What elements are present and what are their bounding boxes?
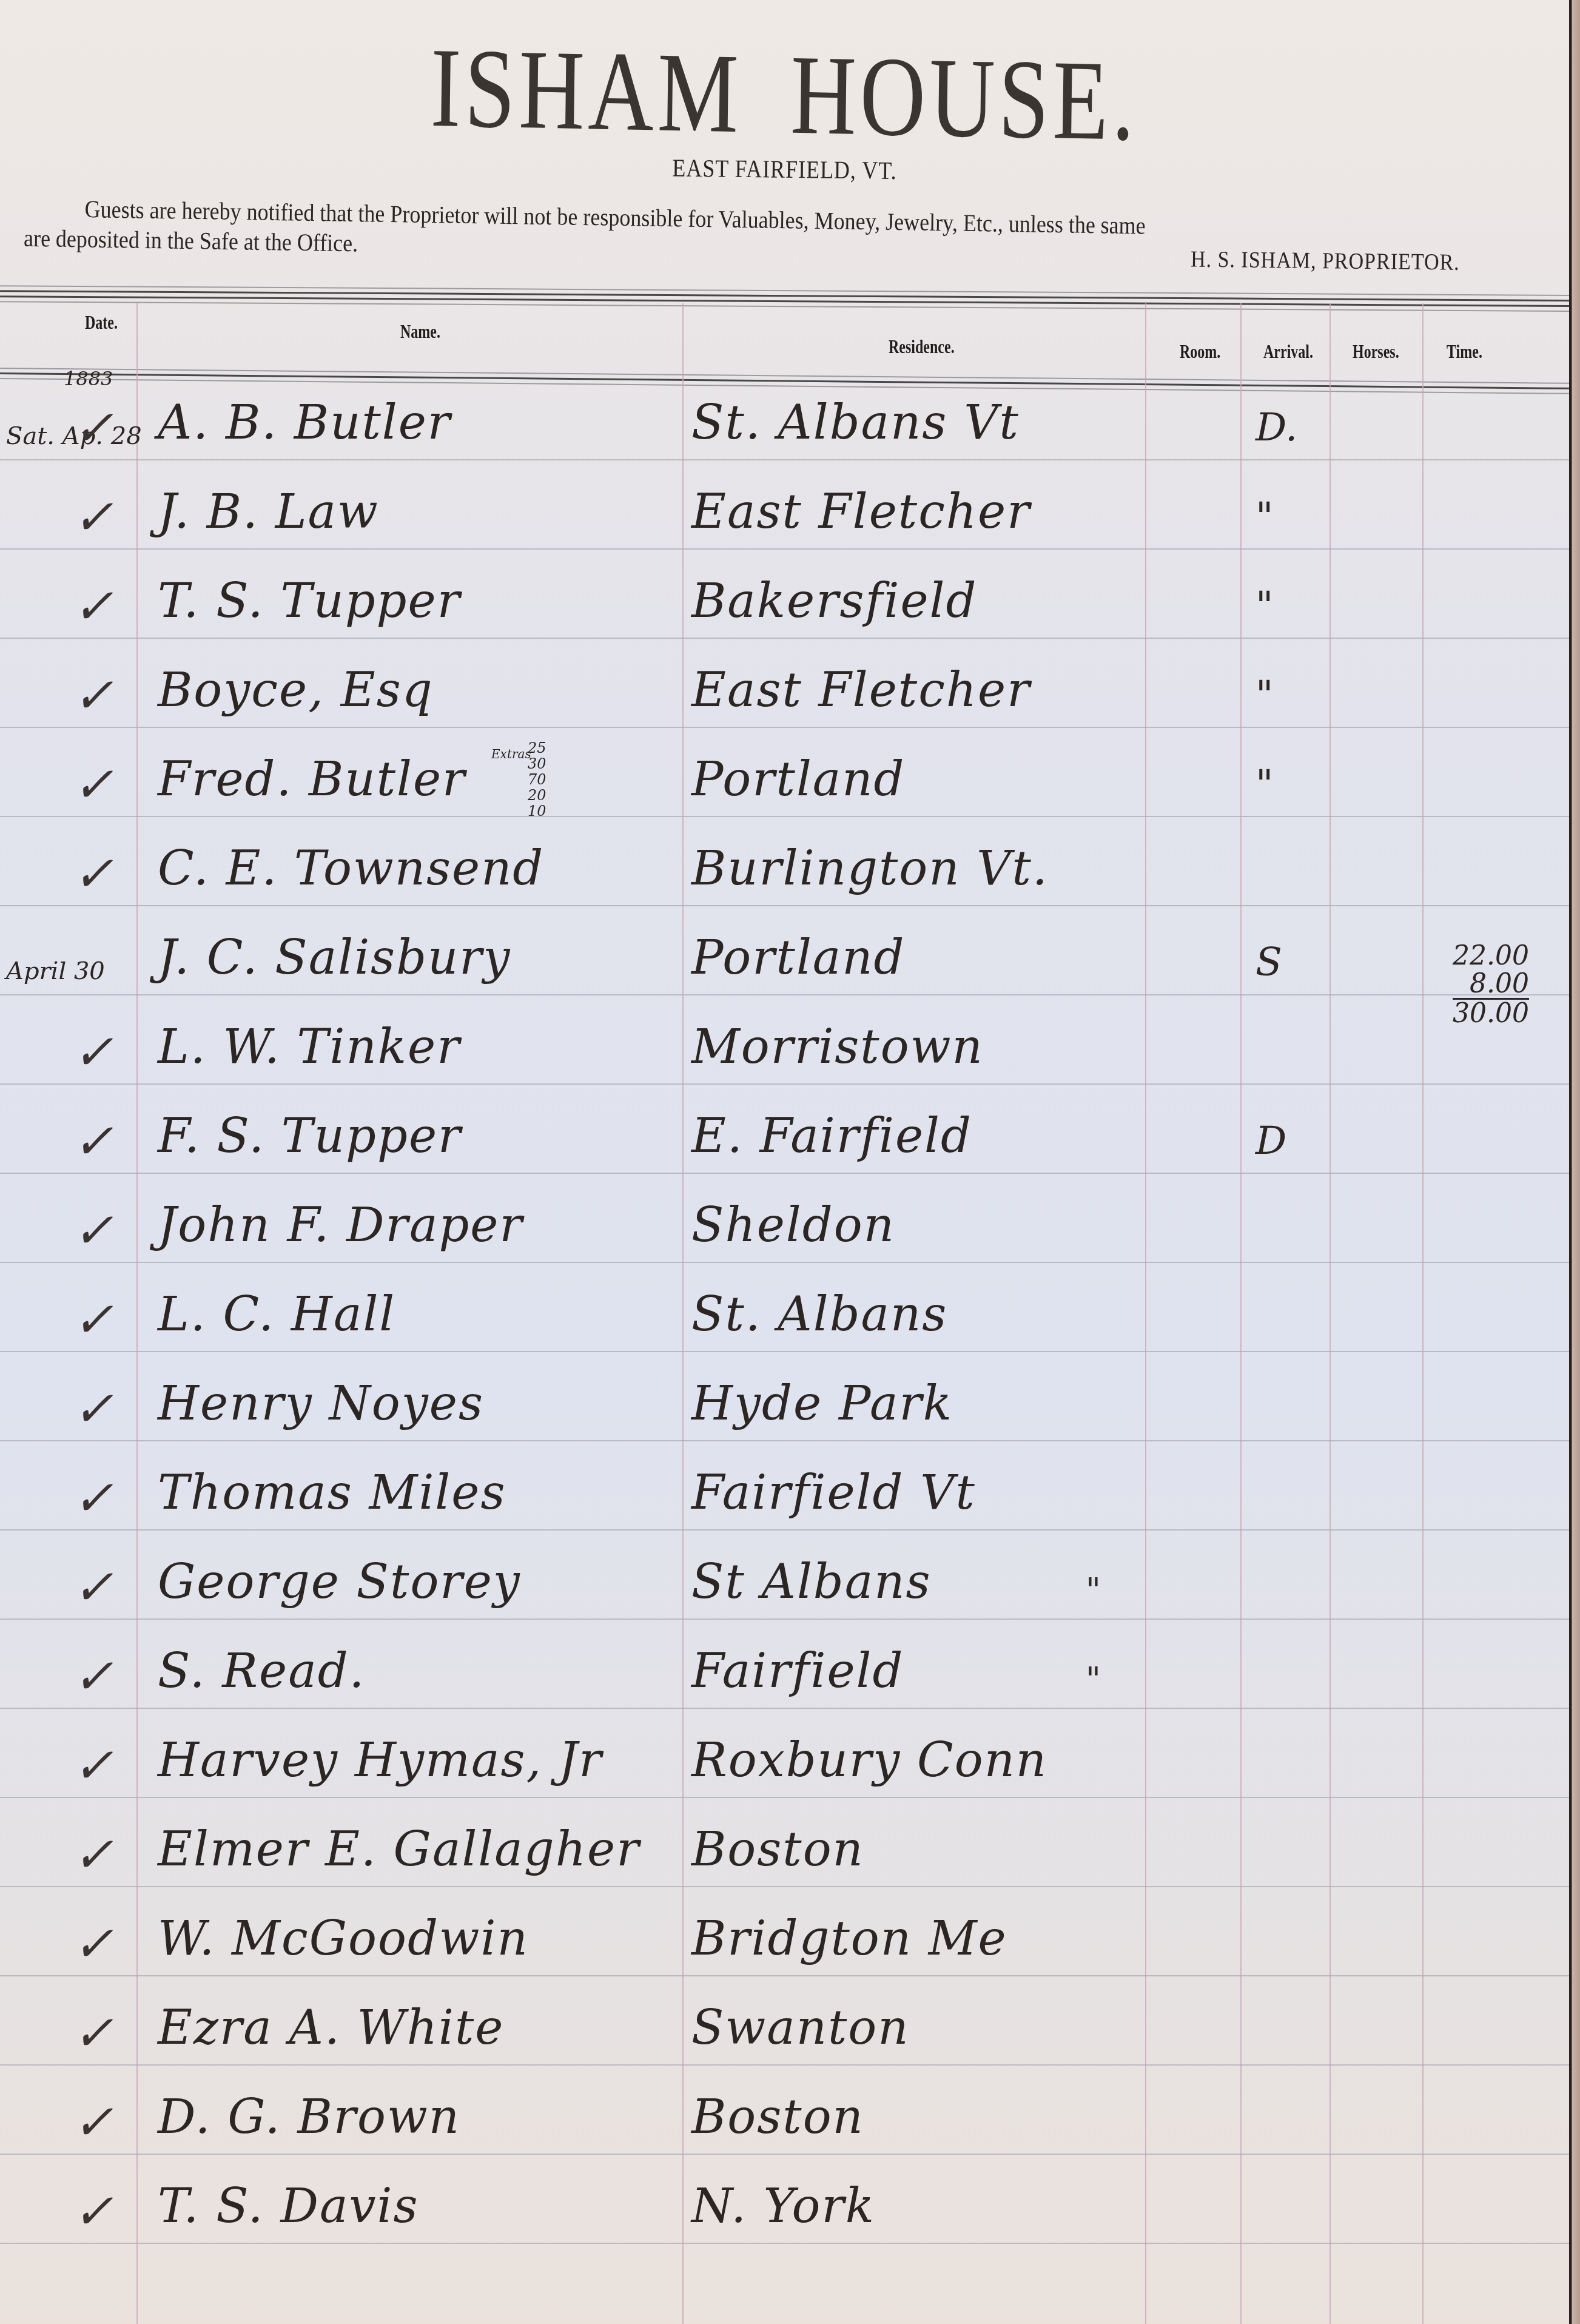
register-entry-row: Sat. Ap. 28✓A. B. ButlerSt. Albans VtD. (0, 371, 1569, 456)
book-binding-edge (1569, 0, 1580, 2324)
guest-residence: East Fletcher (691, 663, 1031, 718)
register-entry-row: ✓D. G. BrownBoston (0, 2066, 1569, 2151)
guest-residence: Swanton (691, 2001, 909, 2055)
checkmark-icon: ✓ (73, 578, 113, 635)
column-header-residence: Residence. (889, 337, 955, 359)
arrival-mark: " (1256, 673, 1273, 718)
checkmark-icon: ✓ (73, 1916, 113, 1972)
guest-residence: Sheldon (691, 1198, 895, 1253)
ditto-mark: " (1086, 1660, 1101, 1699)
column-header-room: Room. (1180, 342, 1220, 363)
guest-name: T. S. Tupper (158, 574, 461, 628)
charge-amount: 22.00 (1453, 942, 1529, 970)
register-entry-row: ✓Fred. ButlerPortland" (0, 728, 1569, 813)
guest-name: S. Read. (158, 1644, 365, 1699)
column-header-name: Name. (400, 322, 440, 343)
register-entry-row: ✓T. S. TupperBakersfield" (0, 550, 1569, 635)
ditto-mark: " (1086, 1571, 1101, 1609)
guest-residence: Portland (691, 752, 906, 807)
guest-residence: Burlington Vt. (691, 841, 1049, 896)
guest-residence: Bridgton Me (691, 1911, 1007, 1966)
guest-residence: Hyde Park (691, 1376, 953, 1431)
guest-residence: Fairfield Vt (691, 1466, 976, 1520)
register-entry-row: ✓T. S. DavisN. York (0, 2155, 1569, 2240)
guest-residence: Morristown (691, 1020, 984, 1074)
checkmark-icon: ✓ (73, 2183, 113, 2240)
guest-name: W. McGoodwin (158, 1911, 529, 1966)
guest-name: F. S. Tupper (158, 1109, 462, 1164)
guest-residence: N. York (691, 2179, 875, 2234)
column-header-horses: Horses. (1353, 342, 1399, 363)
guest-residence: East Fletcher (691, 485, 1031, 539)
guest-residence: Bakersfield (691, 574, 977, 628)
register-entry-row: ✓C. E. TownsendBurlington Vt. (0, 817, 1569, 902)
register-entry-row: ✓Harvey Hymas, JrRoxbury Conn (0, 1709, 1569, 1794)
guest-name: George Storey (158, 1555, 521, 1609)
title-word-house: HOUSE. (790, 32, 1139, 164)
guest-residence: Roxbury Conn (691, 1733, 1047, 1788)
checkmark-icon: ✓ (73, 1024, 113, 1080)
register-entry-row: ✓F. S. TupperE. FairfieldD (0, 1085, 1569, 1170)
guest-residence: Fairfield (691, 1644, 904, 1699)
checkmark-icon: ✓ (73, 1648, 113, 1705)
guest-name: L. W. Tinker (158, 1020, 460, 1074)
arrival-mark: " (1256, 494, 1273, 539)
register-entry-row: ✓J. B. LawEast Fletcher" (0, 460, 1569, 545)
guest-name: Elmer E. Gallagher (158, 1822, 640, 1877)
register-header: ISHAMHOUSE. EAST FAIRFIELD, VT. Guests a… (0, 0, 1569, 285)
guest-name: Thomas Miles (158, 1466, 506, 1520)
arrival-mark: " (1256, 762, 1273, 807)
header-top-rule (0, 285, 1569, 315)
guest-name: Ezra A. White (158, 2001, 504, 2055)
register-entry-row: ✓John F. DraperSheldon (0, 1174, 1569, 1259)
guest-residence: Boston (691, 1822, 864, 1877)
checkmark-icon: ✓ (73, 1292, 113, 1348)
register-entry-row: ✓W. McGoodwinBridgton Me (0, 1887, 1569, 1972)
guest-name: J. B. Law (158, 485, 379, 539)
checkmark-icon: ✓ (73, 756, 113, 813)
guest-name: Boyce, Esq (158, 663, 434, 718)
guest-residence: St. Albans (691, 1287, 947, 1342)
guest-name: Harvey Hymas, Jr (158, 1733, 603, 1788)
guest-residence: St. Albans Vt (691, 396, 1020, 450)
checkmark-icon: ✓ (73, 1559, 113, 1615)
charge-amount: 8.00 (1453, 970, 1529, 998)
guest-name: L. C. Hall (158, 1287, 395, 1342)
register-entry-row: ✓Elmer E. GallagherBoston (0, 1798, 1569, 1883)
guest-residence: Portland (691, 931, 906, 985)
checkmark-icon: ✓ (73, 400, 113, 456)
checkmark-icon: ✓ (73, 1113, 113, 1170)
guest-name: J. C. Salisbury (158, 931, 511, 985)
arrival-mark: S (1256, 940, 1282, 985)
register-entry-row: ✓L. W. TinkerMorristown (0, 995, 1569, 1080)
column-header-arrival: Arrival. (1263, 342, 1313, 363)
guest-name: T. S. Davis (158, 2179, 419, 2234)
checkmark-icon: ✓ (73, 1827, 113, 1883)
entry-date: April 30 (6, 957, 105, 985)
guest-name: D. G. Brown (158, 2090, 460, 2144)
register-entry-row: ✓S. Read.Fairfield" (0, 1620, 1569, 1705)
checkmark-icon: ✓ (73, 667, 113, 724)
arrival-mark: D (1256, 1119, 1286, 1164)
guest-residence: E. Fairfield (691, 1109, 972, 1164)
guest-name: John F. Draper (158, 1198, 523, 1253)
checkmark-icon: ✓ (73, 1470, 113, 1526)
title-word-isham: ISHAM (430, 25, 743, 157)
register-entry-row: ✓George StoreySt Albans" (0, 1531, 1569, 1615)
checkmark-icon: ✓ (73, 2094, 113, 2151)
checkmark-icon: ✓ (73, 1381, 113, 1437)
guest-name: C. E. Townsend (158, 841, 544, 896)
guest-residence: St Albans (691, 1555, 932, 1609)
register-entry-row: ✓Boyce, EsqEast Fletcher" (0, 639, 1569, 724)
arrival-mark: " (1256, 584, 1273, 628)
register-entry-row: April 30J. C. SalisburyPortlandS22.008.0… (0, 906, 1569, 991)
proprietor-signature: H. S. ISHAM, PROPRIETOR. (1191, 247, 1460, 276)
checkmark-icon: ✓ (73, 2005, 113, 2061)
register-entry-row: ✓Thomas MilesFairfield Vt (0, 1441, 1569, 1526)
column-header-date: Date. (85, 313, 118, 334)
register-entry-row: ✓L. C. HallSt. Albans (0, 1263, 1569, 1348)
guest-name: Henry Noyes (158, 1376, 484, 1431)
ruled-line (0, 2243, 1569, 2244)
register-entry-row: ✓Ezra A. WhiteSwanton (0, 1976, 1569, 2061)
guest-name: Fred. Butler (158, 752, 466, 807)
checkmark-icon: ✓ (73, 1202, 113, 1259)
guest-name: A. B. Butler (158, 396, 451, 450)
register-entry-row: ✓Henry NoyesHyde Park (0, 1352, 1569, 1437)
checkmark-icon: ✓ (73, 1737, 113, 1794)
arrival-mark: D. (1256, 405, 1297, 450)
column-header-time: Time. (1447, 342, 1482, 363)
checkmark-icon: ✓ (73, 846, 113, 902)
checkmark-icon: ✓ (73, 489, 113, 545)
guest-residence: Boston (691, 2090, 864, 2144)
